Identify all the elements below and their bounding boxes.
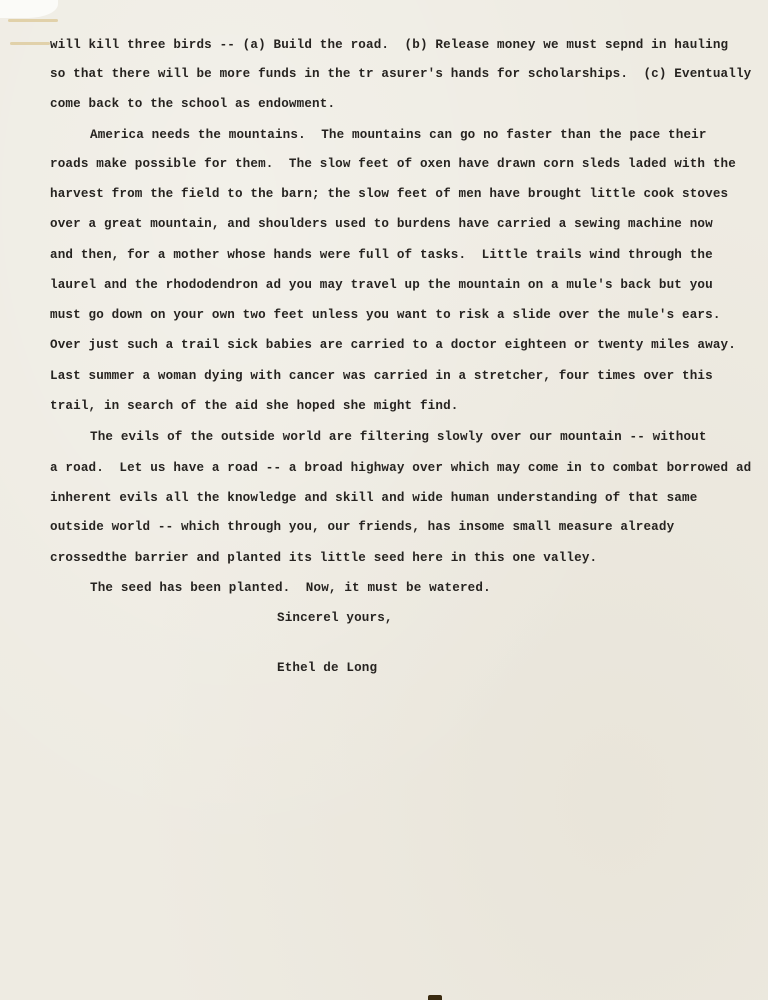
body-line: outside world -- which through you, our … xyxy=(50,520,674,534)
paragraph-start-line: The evils of the outside world are filte… xyxy=(90,430,707,444)
tape-stain xyxy=(10,42,50,45)
paragraph-start-line: America needs the mountains. The mountai… xyxy=(90,128,707,142)
body-line: laurel and the rhododendron ad you may t… xyxy=(50,278,713,292)
body-line: will kill three birds -- (a) Build the r… xyxy=(50,38,728,52)
body-line: inherent evils all the knowledge and ski… xyxy=(50,491,697,505)
body-line: trail, in search of the aid she hoped sh… xyxy=(50,399,459,413)
body-line: come back to the school as endowment. xyxy=(50,97,335,111)
body-line: crossedthe barrier and planted its littl… xyxy=(50,551,597,565)
body-line: a road. Let us have a road -- a broad hi… xyxy=(50,461,751,475)
body-line: roads make possible for them. The slow f… xyxy=(50,157,736,171)
tape-stain xyxy=(8,19,58,22)
paper-clip-mark xyxy=(428,995,442,1000)
body-line: and then, for a mother whose hands were … xyxy=(50,248,713,262)
signature: Ethel de Long xyxy=(277,661,377,675)
letter-page: will kill three birds -- (a) Build the r… xyxy=(0,0,768,1000)
body-line: harvest from the field to the barn; the … xyxy=(50,187,728,201)
final-paragraph: The seed has been planted. Now, it must … xyxy=(90,581,491,595)
body-line: must go down on your own two feet unless… xyxy=(50,308,721,322)
body-line: Over just such a trail sick babies are c… xyxy=(50,338,736,352)
body-line: so that there will be more funds in the … xyxy=(50,67,751,81)
torn-corner xyxy=(0,0,58,18)
body-line: over a great mountain, and shoulders use… xyxy=(50,217,713,231)
closing-salutation: Sincerel yours, xyxy=(277,611,393,625)
body-line: Last summer a woman dying with cancer wa… xyxy=(50,369,713,383)
